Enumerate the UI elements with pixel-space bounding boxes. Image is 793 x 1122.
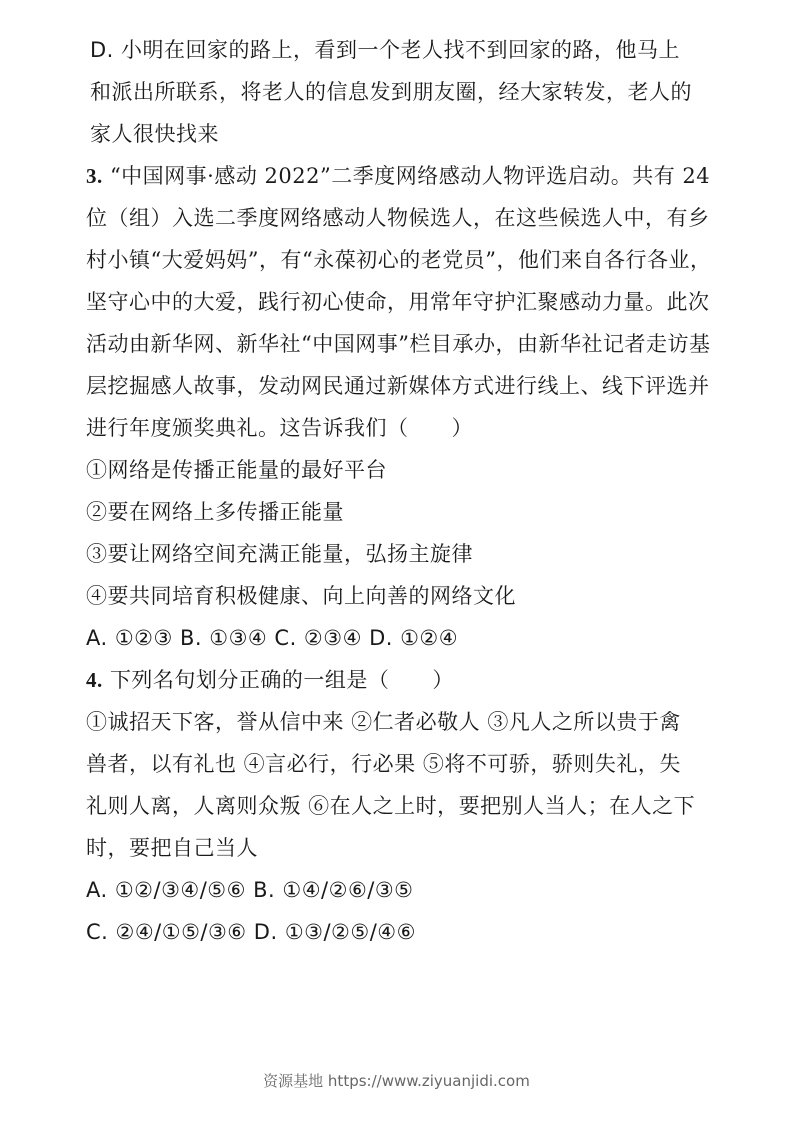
q3-statement-4: ④要共同培育积极健康、向上向善的网络文化 <box>86 582 516 610</box>
question-number: 3. <box>86 164 103 188</box>
question-number: 4. <box>86 668 103 692</box>
q3-statement-1: ①网络是传播正能量的最好平台 <box>86 456 387 484</box>
q3-options: A. ①②③ B. ①③④ C. ②③④ D. ①②④ <box>86 624 458 652</box>
prev-option-d-line-1: D. 小明在回家的路上，看到一个老人找不到回家的路，他马上 <box>90 36 680 64</box>
q4-options-line-1: A. ①②/③④/⑤⑥ B. ①④/②⑥/③⑤ <box>86 876 414 904</box>
option-text: 小明在回家的路上，看到一个老人找不到回家的路，他马上 <box>121 38 680 62</box>
q4-statement-line-1: ①诚招天下客，誉从信中来 ②仁者必敬人 ③凡人之所以贵于禽 <box>86 708 681 736</box>
q3-statement-3: ③要让网络空间充满正能量，弘扬主旋律 <box>86 540 473 568</box>
q4-statement-line-3: 礼则人离，人离则众叛 ⑥在人之上时，要把别人当人；在人之下 <box>86 792 695 820</box>
q3-stem-line-1: 3. “中国网事·感动 2022”二季度网络感动人物评选启动。共有 24 <box>86 162 710 190</box>
q3-statement-2: ②要在网络上多传播正能量 <box>86 498 344 526</box>
question-text: “中国网事·感动 2022”二季度网络感动人物评选启动。共有 24 <box>110 164 710 188</box>
q4-options-line-2: C. ②④/①⑤/③⑥ D. ①③/②⑤/④⑥ <box>86 918 416 946</box>
footer-watermark: 资源基地 https://www.ziyuanjidi.com <box>0 1070 793 1091</box>
q4-statement-line-2: 兽者，以有礼也 ④言必行，行必果 ⑤将不可骄，骄则失礼，失 <box>86 750 681 778</box>
q3-stem-line-6: 层挖掘感人故事，发动网民通过新媒体方式进行线上、线下评选并 <box>86 372 710 400</box>
prev-option-d-line-2: 和派出所联系，将老人的信息发到朋友圈，经大家转发，老人的 <box>90 78 692 106</box>
q3-stem-line-2: 位（组）入选二季度网络感动人物候选人，在这些候选人中，有乡 <box>86 204 710 232</box>
option-label: D. <box>90 38 114 62</box>
q3-stem-line-3: 村小镇“大爱妈妈”，有“永葆初心的老党员”，他们来自各行各业， <box>86 246 711 274</box>
prev-option-d-line-3: 家人很快找来 <box>90 120 219 148</box>
q3-stem-line-5: 活动由新华网、新华社“中国网事”栏目承办，由新华社记者走访基 <box>86 330 710 358</box>
question-text: 下列名句划分正确的一组是（ ） <box>110 668 454 692</box>
q3-stem-line-4: 坚守心中的大爱，践行初心使命，用常年守护汇聚感动力量。此次 <box>86 288 710 316</box>
q4-stem: 4. 下列名句划分正确的一组是（ ） <box>86 666 454 694</box>
q4-statement-line-4: 时，要把自己当人 <box>86 834 258 862</box>
q3-stem-line-7: 进行年度颁奖典礼。这告诉我们（ ） <box>86 414 473 442</box>
